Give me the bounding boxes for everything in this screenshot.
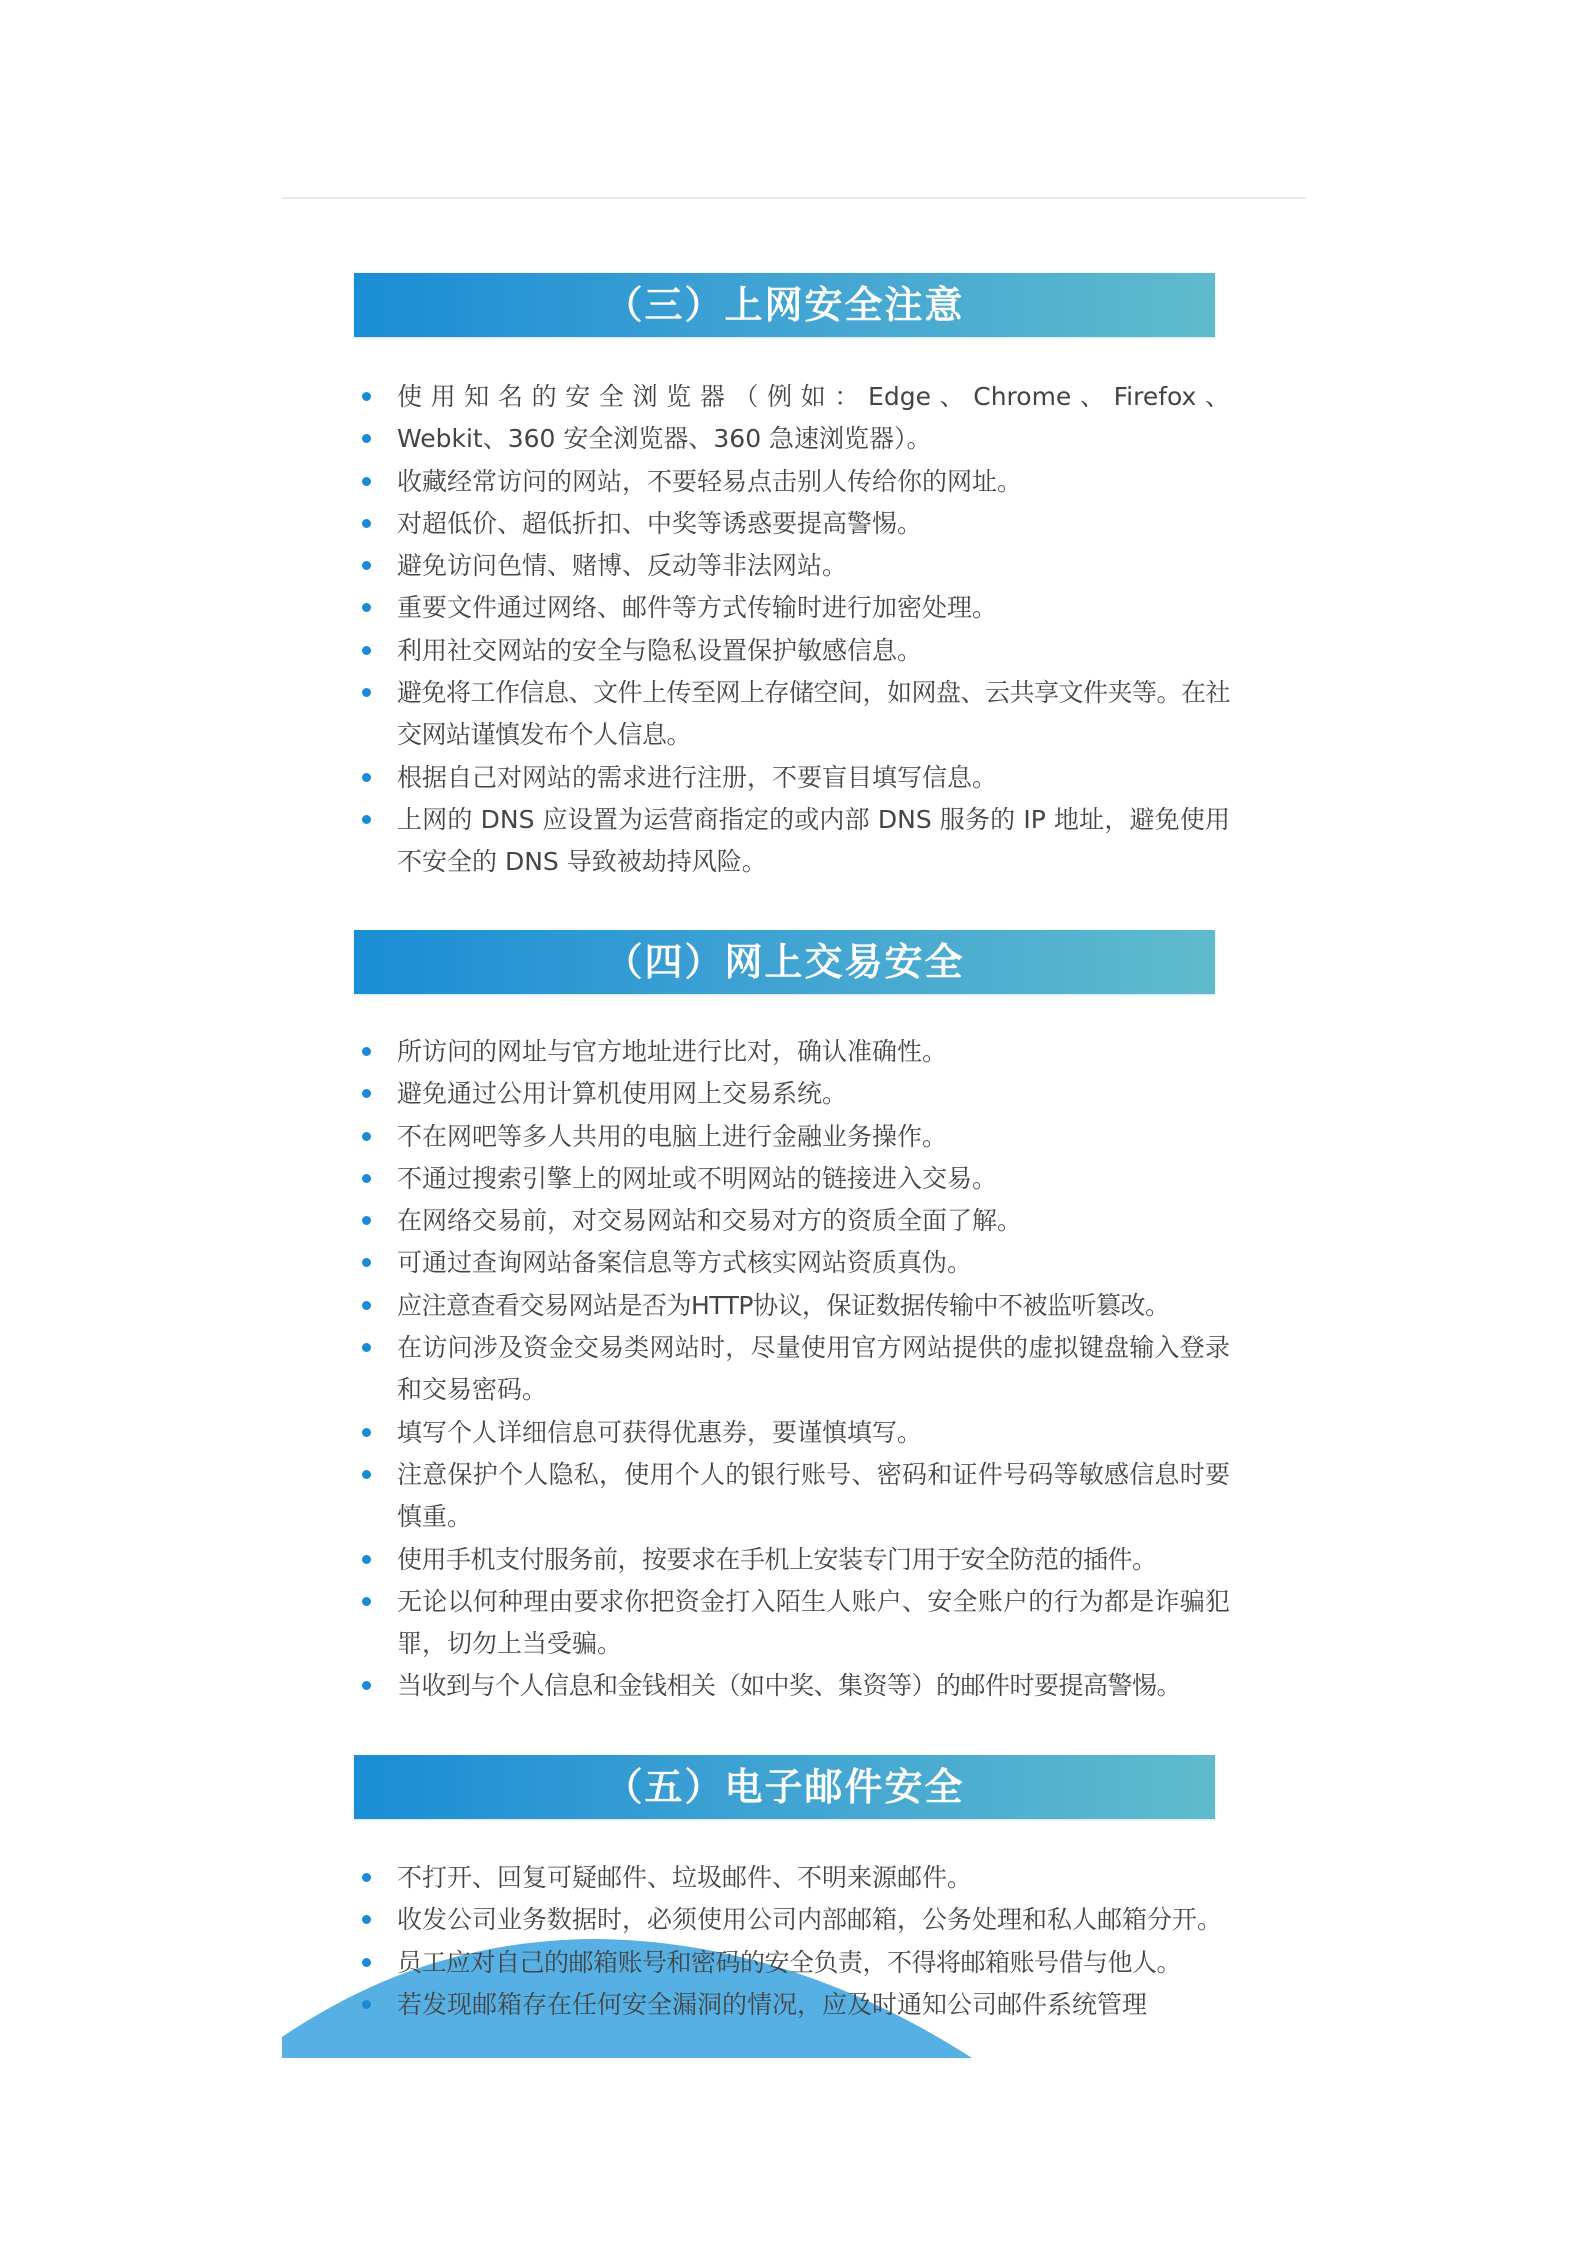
list-item: 填写个人详细信息可获得优惠券，要谨慎填写。 — [360, 1412, 1230, 1454]
list-item: 所访问的网址与官方地址进行比对，确认准确性。 — [360, 1031, 1230, 1073]
bullet-dot-icon — [362, 1428, 371, 1437]
online-safety-list: 使用知名的安全浏览器（例如：Edge、Chrome、Firefox、 Webki… — [360, 376, 1230, 884]
online-transaction-safety-list: 所访问的网址与官方地址进行比对，确认准确性。 避免通过公用计算机使用网上交易系统… — [360, 1031, 1230, 1708]
bullet-dot-icon — [362, 1958, 371, 1967]
section-title: （三）上网安全注意 — [604, 273, 964, 337]
bullet-dot-icon — [362, 1555, 371, 1564]
list-item: 不在网吧等多人共用的电脑上进行金融业务操作。 — [360, 1116, 1230, 1158]
list-item: 注意保护个人隐私，使用个人的银行账号、密码和证件号码等敏感信息时要慎重。 — [360, 1454, 1230, 1539]
bullet-dot-icon — [362, 1915, 371, 1924]
bullet-dot-icon — [362, 646, 371, 655]
section-title: （五）电子邮件安全 — [604, 1755, 964, 1819]
list-item: 使用手机支付服务前，按要求在手机上安装专门用于安全防范的插件。 — [360, 1539, 1230, 1581]
bullet-dot-icon — [362, 1258, 371, 1267]
list-item: 上网的 DNS 应设置为运营商指定的或内部 DNS 服务的 IP 地址，避免使用… — [360, 799, 1230, 884]
bullet-dot-icon — [362, 1873, 371, 1882]
bullet-dot-icon — [362, 477, 371, 486]
list-item: 收发公司业务数据时，必须使用公司内部邮箱，公务处理和私人邮箱分开。 — [360, 1899, 1230, 1941]
bullet-dot-icon — [362, 392, 371, 401]
section-banner-online-safety: （三）上网安全注意 — [354, 273, 1215, 337]
bullet-dot-icon — [362, 1089, 371, 1098]
bullet-dot-icon — [362, 1343, 371, 1352]
bullet-dot-icon — [362, 688, 371, 697]
list-item: 不打开、回复可疑邮件、垃圾邮件、不明来源邮件。 — [360, 1857, 1230, 1899]
top-divider — [282, 197, 1306, 199]
list-item: 使用知名的安全浏览器（例如：Edge、Chrome、Firefox、 — [360, 376, 1230, 418]
bullet-dot-icon — [362, 1301, 371, 1310]
list-item: 利用社交网站的安全与隐私设置保护敏感信息。 — [360, 630, 1230, 672]
document-page: （三）上网安全注意 使用知名的安全浏览器（例如：Edge、Chrome、Fire… — [282, 200, 1306, 2058]
bullet-dot-icon — [362, 1681, 371, 1690]
section-banner-email-safety: （五）电子邮件安全 — [354, 1755, 1215, 1819]
list-item: 在访问涉及资金交易类网站时，尽量使用官方网站提供的虚拟键盘输入登录和交易密码。 — [360, 1327, 1230, 1412]
section-title: （四）网上交易安全 — [604, 930, 964, 994]
bullet-dot-icon — [362, 561, 371, 570]
list-item: 根据自己对网站的需求进行注册，不要盲目填写信息。 — [360, 757, 1230, 799]
bullet-dot-icon — [362, 1597, 371, 1606]
bullet-dot-icon — [362, 1047, 371, 1056]
list-item: 在网络交易前，对交易网站和交易对方的资质全面了解。 — [360, 1200, 1230, 1242]
section-banner-online-transaction-safety: （四）网上交易安全 — [354, 930, 1215, 994]
list-item: Webkit、360 安全浏览器、360 急速浏览器）。 — [360, 418, 1230, 460]
bullet-dot-icon — [362, 1216, 371, 1225]
bullet-dot-icon — [362, 603, 371, 612]
list-item: 应注意查看交易网站是否为HTTP协议，保证数据传输中不被监听篡改。 — [360, 1285, 1230, 1327]
list-item: 无论以何种理由要求你把资金打入陌生人账户、安全账户的行为都是诈骗犯罪，切勿上当受… — [360, 1581, 1230, 1666]
bullet-dot-icon — [362, 1470, 371, 1479]
bullet-dot-icon — [362, 2000, 371, 2009]
list-item: 避免通过公用计算机使用网上交易系统。 — [360, 1073, 1230, 1115]
bullet-dot-icon — [362, 773, 371, 782]
bullet-dot-icon — [362, 1132, 371, 1141]
list-item: 员工应对自己的邮箱账号和密码的安全负责，不得将邮箱账号借与他人。 — [360, 1942, 1230, 1984]
list-item: 对超低价、超低折扣、中奖等诱惑要提高警惕。 — [360, 503, 1230, 545]
list-item: 可通过查询网站备案信息等方式核实网站资质真伪。 — [360, 1242, 1230, 1284]
bullet-dot-icon — [362, 1174, 371, 1183]
list-item: 当收到与个人信息和金钱相关（如中奖、集资等）的邮件时要提高警惕。 — [360, 1665, 1230, 1707]
bullet-dot-icon — [362, 815, 371, 824]
list-item: 收藏经常访问的网站，不要轻易点击别人传给你的网址。 — [360, 461, 1230, 503]
list-item: 重要文件通过网络、邮件等方式传输时进行加密处理。 — [360, 587, 1230, 629]
list-item: 不通过搜索引擎上的网址或不明网站的链接进入交易。 — [360, 1158, 1230, 1200]
bullet-dot-icon — [362, 519, 371, 528]
email-safety-list: 不打开、回复可疑邮件、垃圾邮件、不明来源邮件。 收发公司业务数据时，必须使用公司… — [360, 1857, 1230, 2026]
list-item: 避免将工作信息、文件上传至网上存储空间，如网盘、云共享文件夹等。在社交网站谨慎发… — [360, 672, 1230, 757]
bullet-dot-icon — [362, 434, 371, 443]
list-item: 避免访问色情、赌博、反动等非法网站。 — [360, 545, 1230, 587]
list-item: 若发现邮箱存在任何安全漏洞的情况，应及时通知公司邮件系统管理 — [360, 1984, 1230, 2026]
